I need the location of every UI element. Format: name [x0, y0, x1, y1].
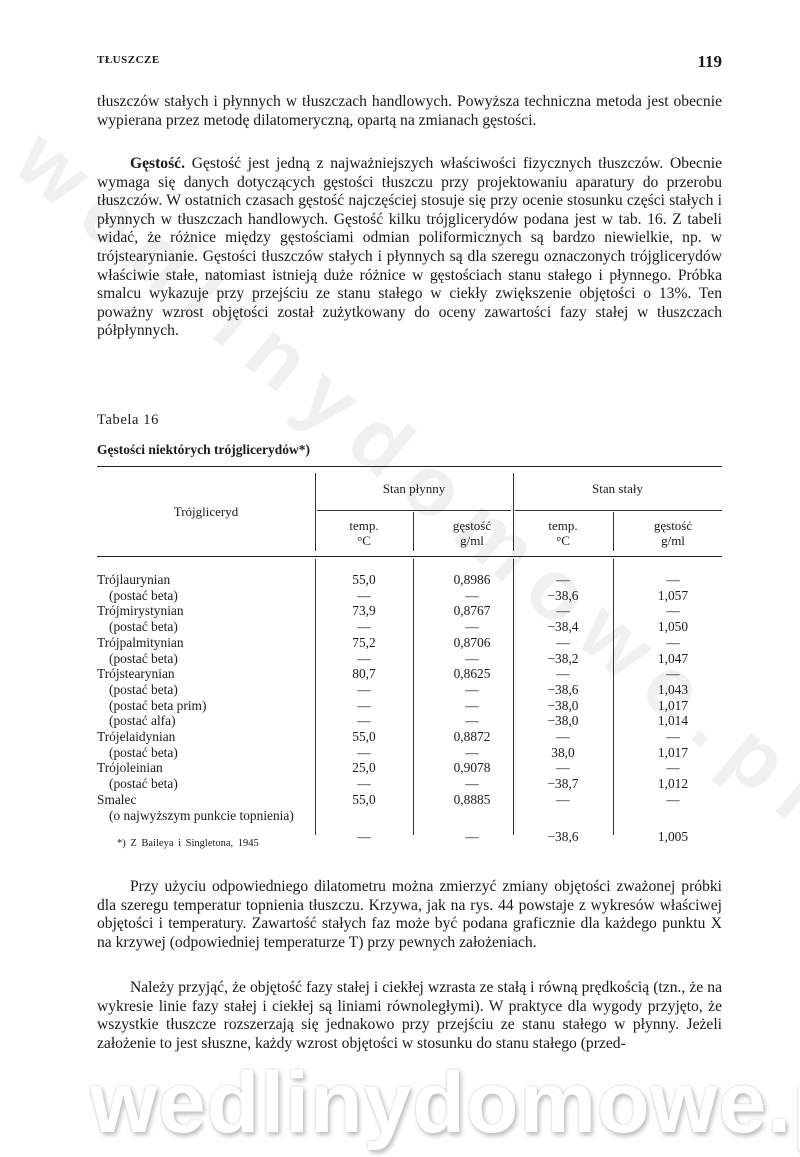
paragraph-body: Należy przyjąć, że objętość fazy stałej …	[97, 979, 722, 1052]
row-name: Trójelaidynian	[97, 729, 312, 745]
cell-sol-density: 1,017	[623, 698, 723, 714]
cell-sol-density: —	[623, 666, 723, 682]
row-name: Trójoleinian	[97, 760, 312, 776]
density-label: gęstość	[623, 518, 723, 533]
divider	[515, 510, 722, 511]
table-footnote: *) Z Baileya i Singletona, 1945	[117, 838, 259, 849]
cell-liq-density: 0,8885	[423, 792, 521, 808]
cell-sol-temp: —	[513, 635, 613, 651]
paragraph-assumption: Należy przyjąć, że objętość fazy stałej …	[97, 979, 722, 1053]
cell-liq-density: —	[423, 588, 521, 604]
temp-unit: °C	[513, 533, 613, 548]
col-header-name: Trójgliceryd	[97, 504, 315, 519]
cell-sol-density: —	[623, 572, 723, 588]
paragraph-intro: tłuszczów stałych i płynnych w tłuszczac…	[97, 93, 722, 130]
cell-liq-temp: —	[315, 588, 413, 604]
cell-liq-temp: —	[315, 682, 413, 698]
paragraph-density: Gęstość. Gęstość jest jedną z najważniej…	[97, 155, 722, 341]
cell-liq-temp: 55,0	[315, 792, 413, 808]
cell-sol-temp: −38,6	[513, 682, 613, 698]
row-name: (postać beta)	[97, 619, 304, 635]
cell-sol-temp: −38,6	[513, 588, 613, 604]
cell-sol-density: —	[623, 760, 723, 776]
cell-liq-density: 0,8986	[423, 572, 521, 588]
row-name: (postać beta)	[97, 651, 304, 667]
row-name: Trójmirystynian	[97, 603, 312, 619]
cell-sol-density: —	[623, 729, 723, 745]
divider	[317, 510, 511, 511]
paragraph-lead: Gęstość.	[130, 155, 185, 172]
cell-liq-temp: 75,2	[315, 635, 413, 651]
cell-sol-density: —	[623, 603, 723, 619]
cell-sol-density: 1,047	[623, 651, 723, 667]
paragraph-dilatometer: Przy użyciu odpowiedniego dilatometru mo…	[97, 878, 722, 952]
temp-unit: °C	[315, 533, 413, 548]
cell-sol-temp: −38,6	[513, 829, 613, 845]
cell-liq-density: 0,8767	[423, 603, 521, 619]
density-label: gęstość	[423, 518, 521, 533]
row-name: (postać beta)	[97, 776, 304, 792]
cell-liq-density: 0,9078	[423, 760, 521, 776]
running-head: TŁUSZCZE	[97, 54, 160, 66]
cell-sol-temp: −38,0	[513, 698, 613, 714]
cell-sol-temp: —	[513, 603, 613, 619]
divider	[613, 559, 614, 835]
cell-liq-temp: —	[315, 619, 413, 635]
row-name: (postać alfa)	[97, 713, 304, 729]
cell-liq-density: —	[423, 651, 521, 667]
cell-liq-temp: —	[315, 829, 413, 845]
table-label: Tabela 16	[97, 412, 159, 429]
cell-liq-temp: 80,7	[315, 666, 413, 682]
cell-sol-temp: —	[513, 760, 613, 776]
table-top-rule	[97, 466, 722, 467]
density-table: Trójgliceryd Stan płynny Stan stały temp…	[97, 466, 722, 836]
paragraph-body: Gęstość jest jedną z najważniejszych wła…	[97, 155, 722, 339]
cell-liq-temp: 25,0	[315, 760, 413, 776]
cell-sol-density: —	[623, 635, 723, 651]
cell-liq-temp: —	[315, 745, 413, 761]
cell-liq-density: —	[423, 745, 521, 761]
row-name: Trójpalmitynian	[97, 635, 312, 651]
col-header-liquid-density: gęstośćg/ml	[423, 518, 521, 548]
row-name: (o najwyższym punkcie topnienia)	[97, 808, 304, 824]
row-name: Trójstearynian	[97, 666, 312, 682]
temp-label: temp.	[513, 518, 613, 533]
cell-sol-density: 1,014	[623, 713, 723, 729]
cell-liq-temp: 55,0	[315, 729, 413, 745]
temp-label: temp.	[315, 518, 413, 533]
row-name: (postać beta)	[97, 682, 304, 698]
cell-liq-density: —	[423, 682, 521, 698]
col-header-solid-density: gęstośćg/ml	[623, 518, 723, 548]
row-name: (postać beta prim)	[97, 698, 304, 714]
paragraph-body: Przy użyciu odpowiedniego dilatometru mo…	[97, 878, 722, 951]
book-page: wedlinydomowe.pl TŁUSZCZE 119 tłuszczów …	[0, 0, 800, 1157]
cell-liq-temp: —	[315, 776, 413, 792]
table-header-rule	[97, 556, 722, 557]
cell-sol-temp: 38,0	[513, 745, 613, 761]
cell-liq-density: —	[423, 619, 521, 635]
col-group-liquid: Stan płynny	[315, 481, 513, 496]
cell-sol-temp: —	[513, 666, 613, 682]
cell-sol-temp: −38,7	[513, 776, 613, 792]
divider	[413, 512, 414, 551]
cell-sol-temp: —	[513, 792, 613, 808]
cell-liq-density: 0,8706	[423, 635, 521, 651]
cell-liq-temp: —	[315, 713, 413, 729]
cell-sol-density: 1,043	[623, 682, 723, 698]
cell-sol-temp: −38,0	[513, 713, 613, 729]
page-number: 119	[697, 52, 722, 72]
cell-sol-temp: −38,2	[513, 651, 613, 667]
cell-sol-density: 1,050	[623, 619, 723, 635]
cell-sol-density: —	[623, 792, 723, 808]
cell-liq-temp: —	[315, 651, 413, 667]
row-name: Smalec	[97, 792, 312, 808]
row-name: (postać beta)	[97, 588, 304, 604]
col-group-solid: Stan stały	[513, 481, 722, 496]
cell-sol-density: 1,057	[623, 588, 723, 604]
col-header-solid-temp: temp.°C	[513, 518, 613, 548]
row-name: Trójlaurynian	[97, 572, 312, 588]
cell-sol-density: 1,012	[623, 776, 723, 792]
cell-liq-density: 0,8872	[423, 729, 521, 745]
col-header-liquid-temp: temp.°C	[315, 518, 413, 548]
cell-sol-temp: —	[513, 729, 613, 745]
cell-sol-density: 1,005	[623, 829, 723, 845]
density-unit: g/ml	[423, 533, 521, 548]
cell-liq-density: 0,8625	[423, 666, 521, 682]
cell-liq-density: —	[423, 698, 521, 714]
cell-liq-temp: —	[315, 698, 413, 714]
cell-sol-temp: —	[513, 572, 613, 588]
row-name: (postać beta)	[97, 745, 304, 761]
cell-liq-density: —	[423, 776, 521, 792]
cell-liq-density: —	[423, 829, 521, 845]
divider	[413, 559, 414, 835]
divider	[613, 512, 614, 551]
cell-sol-temp: −38,4	[513, 619, 613, 635]
cell-liq-temp: 55,0	[315, 572, 413, 588]
cell-liq-temp: 73,9	[315, 603, 413, 619]
table-title: Gęstości niektórych trójglicerydów*)	[97, 442, 310, 458]
density-unit: g/ml	[623, 533, 723, 548]
cell-sol-density: 1,017	[623, 745, 723, 761]
cell-liq-density: —	[423, 713, 521, 729]
watermark-bottom: wedlinydomowe.pl	[90, 1060, 800, 1146]
